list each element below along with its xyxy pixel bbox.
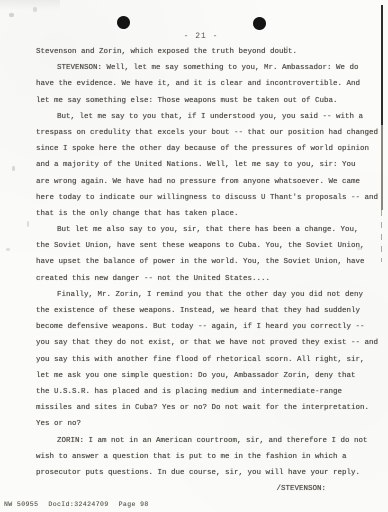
hole-punch-dot: [253, 17, 266, 30]
transcript-line: STEVENSON: Well, let me say something to…: [36, 60, 376, 76]
transcript-line: are wrong again. We have had no pressure…: [36, 174, 376, 190]
transcript-line: missiles and sites in Cuba? Yes or no? D…: [36, 400, 376, 416]
transcript-line: you say that they do not exist, or that …: [36, 335, 376, 351]
pencil-mark: [33, 7, 37, 12]
scan-edge-line: [381, 5, 383, 125]
transcript-lines: Stevenson and Zorin, which exposed the t…: [36, 44, 376, 497]
footer-docid: DocId:32424709: [48, 501, 108, 508]
pencil-mark: [357, 247, 362, 250]
transcript-line: since I spoke here the other day because…: [36, 141, 376, 157]
transcript-line: created this new danger -- not the Unite…: [36, 271, 376, 287]
document-footer: NW 50955DocId:32424709Page 98: [4, 501, 159, 508]
transcript-line: have the evidence. We have it, and it is…: [36, 76, 376, 92]
transcript-line: the Soviet Union, have sent these weapon…: [36, 238, 376, 254]
transcript-line: But let me also say to you, sir, that th…: [36, 222, 376, 238]
transcript-line: you say this with another fine flood of …: [36, 352, 376, 368]
transcript-line: trespass on credulity that excels your b…: [36, 125, 376, 141]
pencil-mark: [9, 13, 14, 17]
page-number: - 21 -: [0, 32, 388, 41]
transcript-line: become defensive weapons. But today -- a…: [36, 319, 376, 335]
footer-control-number: NW 50955: [4, 501, 38, 508]
transcript-line: Stevenson and Zorin, which exposed the t…: [36, 44, 376, 60]
transcript-line: let me say something else: Those weapons…: [36, 93, 376, 109]
transcript-line: let me ask you one simple question: Do y…: [36, 368, 376, 384]
transcript-line: and a majority of the United Nations. We…: [36, 157, 376, 173]
transcript-line: that is the only change that has taken p…: [36, 206, 376, 222]
scanned-document-page: - 21 - Stevenson and Zorin, which expose…: [0, 0, 388, 512]
pencil-mark: [286, 46, 288, 51]
pencil-mark: [6, 248, 10, 251]
transcript-line: Yes or no?: [36, 416, 376, 432]
transcript-line: have upset the balance of power in the w…: [36, 254, 376, 270]
transcript-line: But, let me say to you that, if I unders…: [36, 109, 376, 125]
pencil-mark: [12, 166, 15, 171]
transcript-line: here today to indicate our willingness t…: [36, 190, 376, 206]
transcript-line: the U.S.S.R. has placed and is placing m…: [36, 384, 376, 400]
scan-edge-line: [381, 125, 383, 210]
transcript-line: prosecutor puts questions. In due course…: [36, 465, 376, 481]
transcript-line: wish to answer a question that is put to…: [36, 449, 376, 465]
transcript-line: the existence of these weapons. Instead,…: [36, 303, 376, 319]
pencil-mark: [27, 221, 29, 227]
transcript-line: /STEVENSON:: [36, 481, 376, 497]
transcript-line: Finally, Mr. Zorin, I remind you that th…: [36, 287, 376, 303]
footer-page-label: Page 98: [119, 501, 149, 508]
scan-corner-shade: [0, 0, 60, 10]
scan-edge-line: [381, 210, 382, 262]
transcript-line: ZORIN: I am not in an American courtroom…: [36, 433, 376, 449]
hole-punch-dot: [117, 16, 130, 29]
